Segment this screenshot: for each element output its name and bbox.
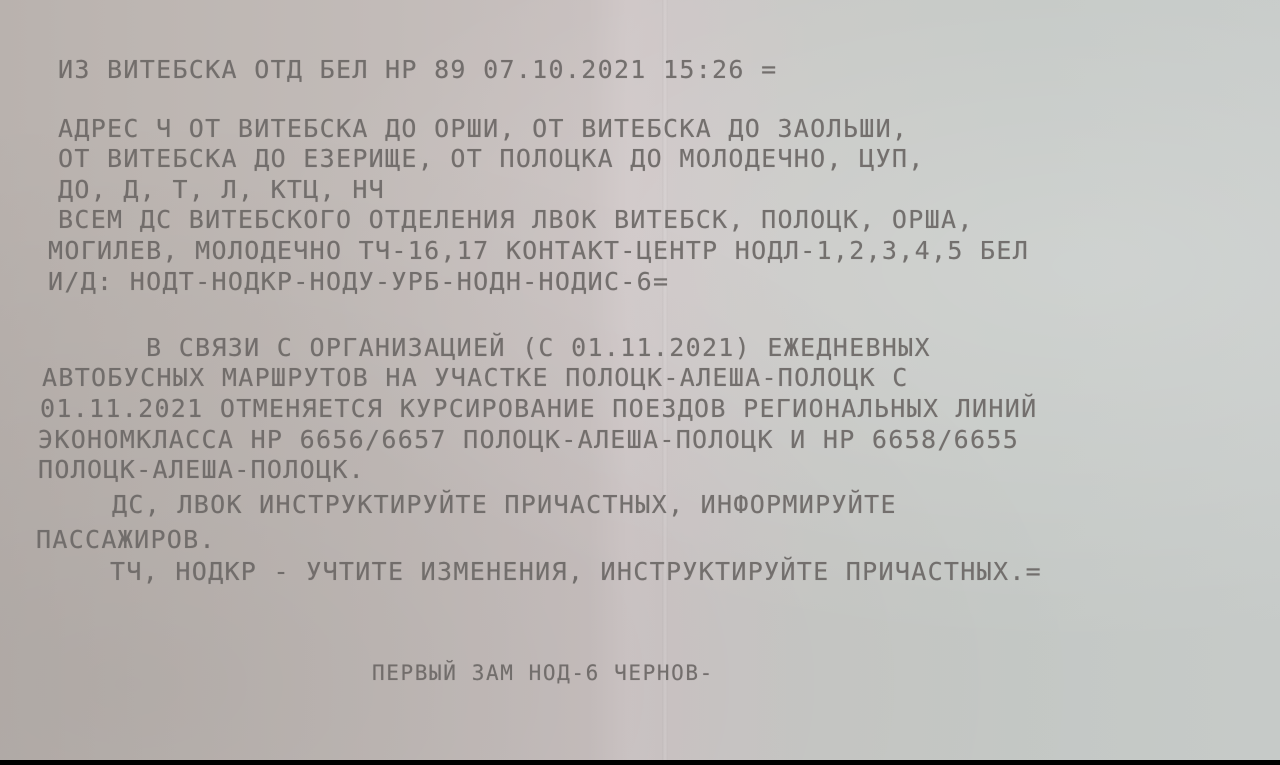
signature: ПЕРВЫЙ ЗАМ НОД-6 ЧЕРНОВ- <box>372 659 714 687</box>
closing-line: ТЧ, НОДКР - УЧТИТЕ ИЗМЕНЕНИЯ, ИНСТРУКТИР… <box>110 558 1042 586</box>
address-line: ОТ ВИТЕБСКА ДО ЕЗЕРИЩЕ, ОТ ПОЛОЦКА ДО МО… <box>58 145 925 173</box>
address-line: АДРЕС Ч ОТ ВИТЕБСКА ДО ОРШИ, ОТ ВИТЕБСКА… <box>58 115 908 143</box>
telegram-header: ИЗ ВИТЕБСКА ОТД БЕЛ НР 89 07.10.2021 15:… <box>58 56 777 84</box>
body-line: ЭКОНОМКЛАССА НР 6656/6657 ПОЛОЦК-АЛЕША-П… <box>38 426 1019 454</box>
instruction-line: ДС, ЛВОК ИНСТРУКТИРУЙТЕ ПРИЧАСТНЫХ, ИНФО… <box>112 491 897 519</box>
address-line: ДО, Д, Т, Л, КТЦ, НЧ <box>58 176 385 204</box>
body-line: В СВЯЗИ С ОРГАНИЗАЦИЕЙ (С 01.11.2021) ЕЖ… <box>146 334 931 362</box>
telegram-paper: ИЗ ВИТЕБСКА ОТД БЕЛ НР 89 07.10.2021 15:… <box>0 0 1280 760</box>
body-line: АВТОБУСНЫХ МАРШРУТОВ НА УЧАСТКЕ ПОЛОЦК-А… <box>42 364 909 392</box>
instruction-line: ПАССАЖИРОВ. <box>36 526 216 554</box>
body-line: 01.11.2021 ОТМЕНЯЕТСЯ КУРСИРОВАНИЕ ПОЕЗД… <box>40 395 1037 423</box>
address-line: МОГИЛЕВ, МОЛОДЕЧНО ТЧ-16,17 КОНТАКТ-ЦЕНТ… <box>48 237 1029 265</box>
body-line: ПОЛОЦК-АЛЕША-ПОЛОЦК. <box>38 456 365 484</box>
address-line: И/Д: НОДТ-НОДКР-НОДУ-УРБ-НОДН-НОДИС-6= <box>48 268 669 296</box>
address-line: ВСЕМ ДС ВИТЕБСКОГО ОТДЕЛЕНИЯ ЛВОК ВИТЕБС… <box>58 206 974 234</box>
